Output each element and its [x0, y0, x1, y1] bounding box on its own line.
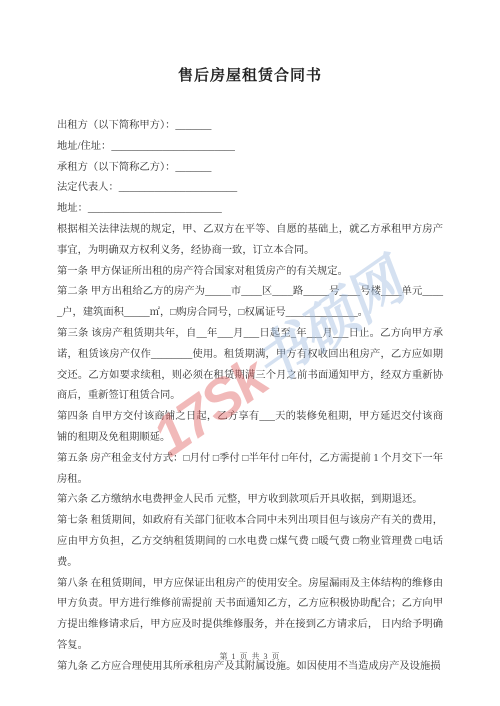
document-page: 售后房屋租赁合同书 出租方（以下简称甲方）：_______ 地址/住址：____… — [0, 0, 500, 706]
party-line-lessor-address: 地址/住址：________________________ — [57, 137, 443, 158]
contract-clause-7: 第七条 租赁期间，如政府有关部门征收本合同中未列出项目但与该房产有关的费用，应由… — [57, 511, 443, 573]
contract-preamble: 根据相关法律法规的规定，甲、乙双方在平等、自愿的基础上，就乙方承租甲方房产事宜，… — [57, 220, 443, 262]
contract-clause-4: 第四条 自甲方交付该商铺之日起，乙方享有___天的装修免租期，甲方延迟交付该商铺… — [57, 407, 443, 449]
contract-clause-3: 第三条 该房产租赁期共年，自__年___月___日起至_年___月___日止。乙… — [57, 324, 443, 407]
contract-clause-8: 第八条 在租赁期间，甲方应保证出租房产的使用安全。房屋漏雨及主体结构的维修由甲方… — [57, 574, 443, 657]
party-line-lessee-address: 地址：__________________________ — [57, 199, 443, 220]
party-line-lessor: 出租方（以下简称甲方）：_______ — [57, 116, 443, 137]
contract-clause-6: 第六条 乙方缴纳水电费押金人民币 元整，甲方收到款项后开具收据，到期退还。 — [57, 490, 443, 511]
party-line-legal-representative: 法定代表人：_______________________ — [57, 178, 443, 199]
contract-clause-5: 第五条 房产租金支付方式：□月付 □季付 □半年付 □年付，乙方需提前 1 个月… — [57, 449, 443, 491]
contract-title: 售后房屋租赁合同书 — [0, 66, 500, 86]
contract-body: 出租方（以下简称甲方）：_______ 地址/住址：______________… — [57, 116, 443, 678]
contract-clause-2: 第二条 甲方出租给乙方的房产为_____市____区____路_____号___… — [57, 282, 443, 324]
page-number-footer: 第 1 页 共 3 页 — [0, 651, 500, 662]
party-line-lessee: 承租方（以下简称乙方）：_______ — [57, 158, 443, 179]
contract-clause-1: 第一条 甲方保证所出租的房产符合国家对租赁房产的有关规定。 — [57, 262, 443, 283]
